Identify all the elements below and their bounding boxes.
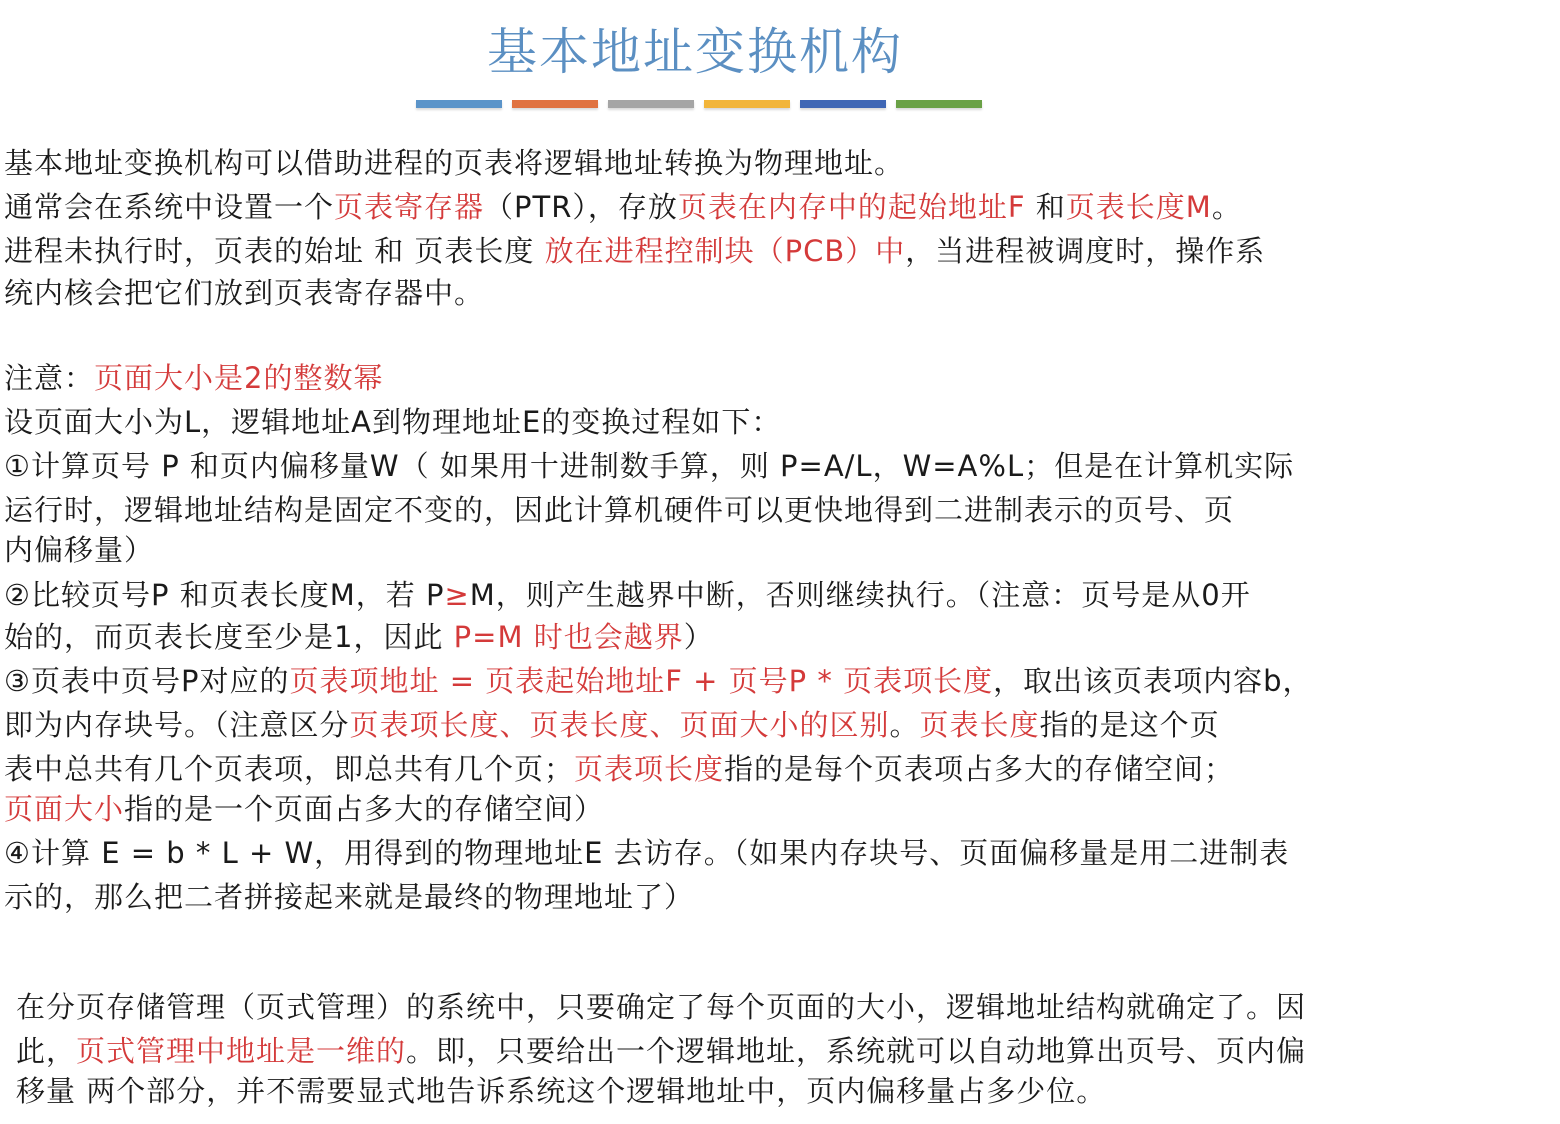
text: ④计算 E = b * L + W，用得到的物理地址E 去访存。（如果内存块号、… — [4, 836, 1289, 870]
highlight-text: 页表在内存中的起始地址F — [678, 190, 1026, 224]
text: M，则产生越界中断，否则继续执行。（注意：页号是从0开 — [470, 578, 1251, 612]
text: 移量 两个部分，并不需要显式地告诉系统这个逻辑地址中，页内偏移量占多少位。 — [16, 1074, 1106, 1108]
text: 通常会在系统中设置一个 — [4, 190, 334, 224]
text: ③页表中页号P对应的 — [4, 664, 290, 698]
text: 指的是每个页表项占多大的存储空间； — [724, 752, 1234, 786]
highlight-text: 页表长度M — [1066, 190, 1212, 224]
color-bar — [512, 100, 598, 108]
steps-intro: 设页面大小为L，逻辑地址A到物理地址E的变换过程如下： — [4, 402, 781, 442]
highlight-text: ≥ — [444, 578, 469, 612]
color-bar — [800, 100, 886, 108]
text: 。 — [1212, 190, 1242, 224]
text: ②比较页号P 和页表长度M，若 P — [4, 578, 444, 612]
summary-line-2: 此，页式管理中地址是一维的。即，只要给出一个逻辑地址，系统就可以自动地算出页号、… — [16, 1031, 1306, 1071]
highlight-text: 页表寄存器 — [334, 190, 484, 224]
step1-line-2: 运行时，逻辑地址结构是固定不变的，因此计算机硬件可以更快地得到二进制表示的页号、… — [4, 490, 1234, 530]
intro-line-2: 通常会在系统中设置一个页表寄存器（PTR），存放页表在内存中的起始地址F 和页表… — [4, 187, 1242, 227]
highlight-text: 页面大小 — [4, 792, 124, 826]
highlight-text: 页表项地址 = 页表起始地址F + 页号P * 页表项长度 — [290, 664, 994, 698]
text: 示的，那么把二者拼接起来就是最终的物理地址了） — [4, 880, 694, 914]
highlight-text: 页面大小是2的整数幂 — [94, 361, 383, 395]
highlight-text: 页表项长度、页表长度、页面大小的区别 — [350, 708, 890, 742]
text: 。 — [890, 708, 920, 742]
text: 始的，而页表长度至少是1，因此 — [4, 620, 454, 654]
text: 此， — [16, 1034, 76, 1068]
text: 即为内存块号。（注意区分 — [4, 708, 350, 742]
highlight-text: 页表项长度 — [574, 752, 724, 786]
color-bar — [416, 100, 502, 108]
text: 。即，只要给出一个逻辑地址，系统就可以自动地算出页号、页内偏 — [406, 1034, 1306, 1068]
summary-line-3: 移量 两个部分，并不需要显式地告诉系统这个逻辑地址中，页内偏移量占多少位。 — [16, 1071, 1106, 1111]
step1-line-3: 内偏移量） — [4, 530, 154, 570]
text: ，取出该页表项内容b， — [993, 664, 1312, 698]
text: 和 — [1026, 190, 1066, 224]
text: 指的是这个页 — [1040, 708, 1220, 742]
text: 统内核会把它们放到页表寄存器中。 — [4, 276, 484, 310]
intro-line-3: 进程未执行时，页表的始址 和 页表长度 放在进程控制块（PCB）中，当进程被调度… — [4, 231, 1265, 271]
step3-line-2: 即为内存块号。（注意区分页表项长度、页表长度、页面大小的区别。页表长度指的是这个… — [4, 705, 1220, 745]
page-title: 基本地址变换机构 — [0, 22, 1390, 82]
text: ） — [684, 620, 714, 654]
text: 表中总共有几个页表项，即总共有几个页； — [4, 752, 574, 786]
step4-line-2: 示的，那么把二者拼接起来就是最终的物理地址了） — [4, 877, 694, 917]
text: 进程未执行时，页表的始址 和 页表长度 — [4, 234, 545, 268]
color-bar-divider — [416, 100, 982, 108]
step3-line-3: 表中总共有几个页表项，即总共有几个页；页表项长度指的是每个页表项占多大的存储空间… — [4, 749, 1234, 789]
color-bar — [896, 100, 982, 108]
note-line: 注意：页面大小是2的整数幂 — [4, 358, 383, 398]
text: ①计算页号 P 和页内偏移量W（ 如果用十进制数手算，则 P=A/L，W=A%L… — [4, 449, 1294, 483]
note-label: 注意： — [4, 361, 94, 395]
highlight-text: P=M 时也会越界 — [454, 620, 684, 654]
text: 设页面大小为L，逻辑地址A到物理地址E的变换过程如下： — [4, 405, 781, 439]
text: （PTR），存放 — [484, 190, 678, 224]
step3-line-1: ③页表中页号P对应的页表项地址 = 页表起始地址F + 页号P * 页表项长度，… — [4, 661, 1313, 701]
text: 在分页存储管理（页式管理）的系统中，只要确定了每个页面的大小，逻辑地址结构就确定… — [16, 990, 1306, 1024]
highlight-text: 页表长度 — [920, 708, 1040, 742]
step2-line-1: ②比较页号P 和页表长度M，若 P≥M，则产生越界中断，否则继续执行。（注意：页… — [4, 575, 1251, 615]
step4-line-1: ④计算 E = b * L + W，用得到的物理地址E 去访存。（如果内存块号、… — [4, 833, 1289, 873]
step3-line-4: 页面大小指的是一个页面占多大的存储空间） — [4, 789, 604, 829]
text: 内偏移量） — [4, 533, 154, 567]
text: 基本地址变换机构可以借助进程的页表将逻辑地址转换为物理地址。 — [4, 146, 904, 180]
intro-line-1: 基本地址变换机构可以借助进程的页表将逻辑地址转换为物理地址。 — [4, 143, 904, 183]
color-bar — [608, 100, 694, 108]
step2-line-2: 始的，而页表长度至少是1，因此 P=M 时也会越界） — [4, 617, 714, 657]
intro-line-4: 统内核会把它们放到页表寄存器中。 — [4, 273, 484, 313]
color-bar — [704, 100, 790, 108]
highlight-text: 放在进程控制块（PCB）中 — [545, 234, 906, 268]
text: ，当进程被调度时，操作系 — [905, 234, 1265, 268]
text: 运行时，逻辑地址结构是固定不变的，因此计算机硬件可以更快地得到二进制表示的页号、… — [4, 493, 1234, 527]
text: 指的是一个页面占多大的存储空间） — [124, 792, 604, 826]
highlight-text: 页式管理中地址是一维的 — [76, 1034, 406, 1068]
step1-line-1: ①计算页号 P 和页内偏移量W（ 如果用十进制数手算，则 P=A/L，W=A%L… — [4, 446, 1294, 486]
summary-line-1: 在分页存储管理（页式管理）的系统中，只要确定了每个页面的大小，逻辑地址结构就确定… — [16, 987, 1306, 1027]
